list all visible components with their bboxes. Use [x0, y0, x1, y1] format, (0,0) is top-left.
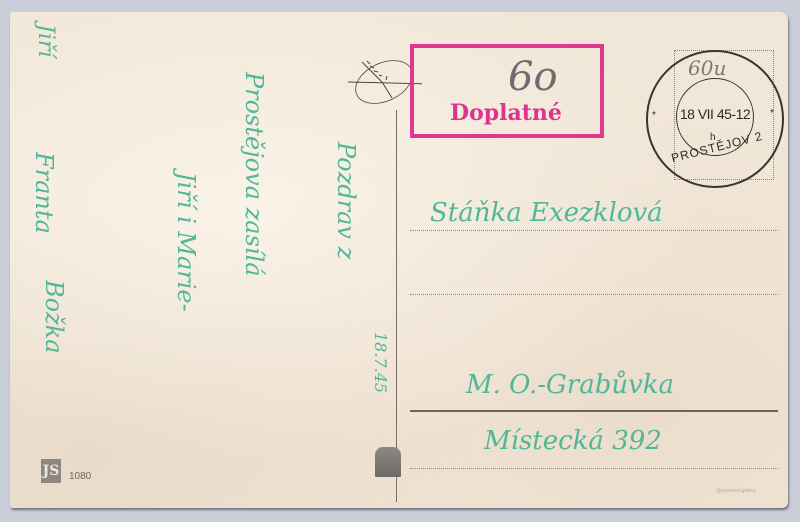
message-date: 18.7.45 — [371, 332, 390, 393]
recipient-city: M. O.-Grabůvka — [466, 370, 674, 400]
postmark-pencil-note: 60u — [688, 56, 726, 80]
catalog-number: 1080 — [69, 471, 91, 482]
recipient-street: Místecká 392 — [484, 426, 662, 456]
star-icon: * — [770, 108, 774, 119]
postage-due-stamp: 6o Doplatné — [410, 44, 604, 138]
message-line-3: Jiří i Marie- — [172, 172, 200, 312]
message-line-2: Prostějova zasílá — [240, 72, 268, 277]
address-line-1 — [410, 230, 778, 231]
watermark: @postcard.gallery — [716, 488, 756, 494]
recipient-name: Stáňka Exezklová — [430, 198, 663, 228]
pencil-amount: 6o — [508, 54, 558, 100]
printer-logo-icon — [375, 447, 401, 477]
postmark: 60u * * 18 VII 45-12 h PROSTĚJOV 2 — [646, 50, 784, 188]
center-divider — [396, 110, 397, 502]
address-line-3 — [410, 410, 778, 412]
signature-jiri: Jiří — [33, 24, 58, 57]
postmark-date: 18 VII 45-12 — [660, 106, 770, 122]
signature-bozka: Božka — [40, 280, 68, 354]
signature-franta: Franta — [30, 152, 58, 234]
message-greeting: Pozdrav z — [332, 142, 360, 259]
star-icon: * — [652, 110, 656, 121]
address-line-2 — [410, 294, 778, 295]
address-line-4 — [410, 468, 778, 469]
postage-due-label: Doplatné — [450, 100, 562, 126]
postcard: 6o Doplatné 60u * * 18 VII 45-12 h PROST… — [10, 12, 788, 508]
publisher-logo: JS — [41, 459, 61, 483]
